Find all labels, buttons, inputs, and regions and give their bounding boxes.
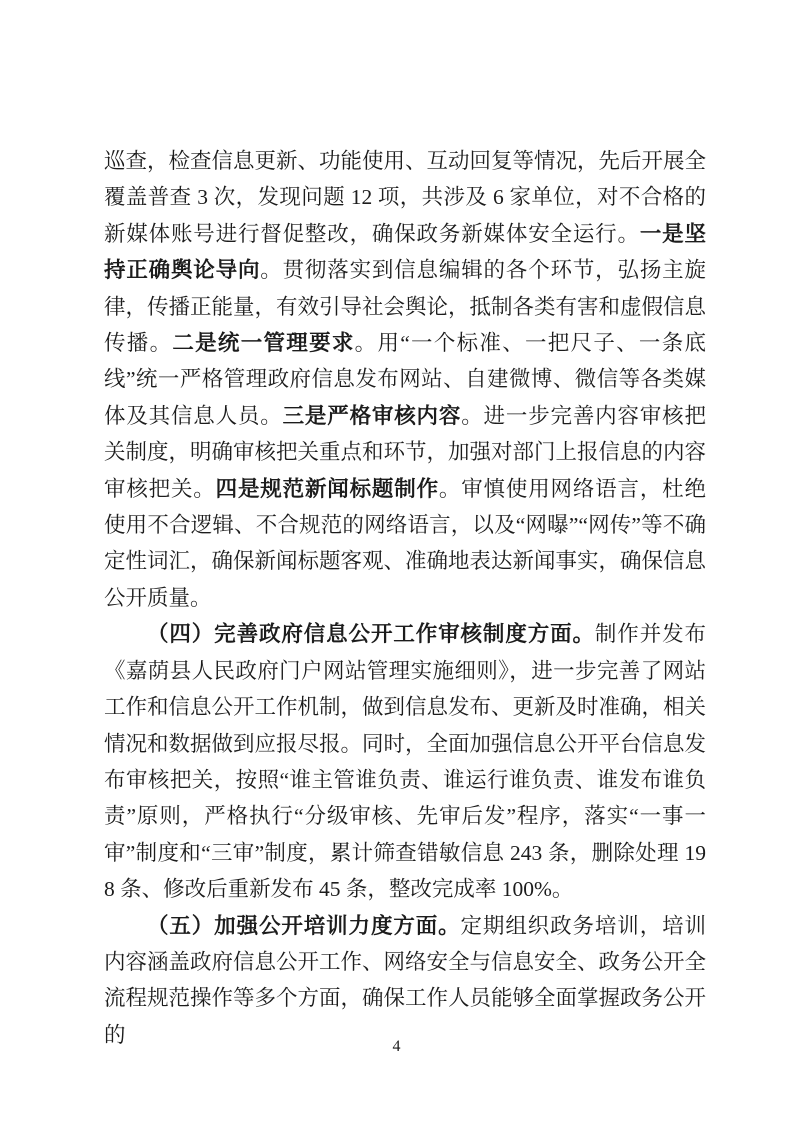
paragraph: （四）完善政府信息公开工作审核制度方面。制作并发布《嘉荫县人民政府门户网站管理实… [104,616,706,907]
bold-text-run: （五）加强公开培训力度方面。 [147,914,461,938]
paragraph: （五）加强公开培训力度方面。定期组织政务培训，培训内容涵盖政府信息公开工作、网络… [104,908,706,1054]
bold-text-run: 二是统一管理要求 [172,331,354,355]
page-number: 4 [393,1038,401,1055]
paragraph: 巡查，检查信息更新、功能使用、互动回复等情况，先后开展全覆盖普查 3 次，发现问… [104,143,706,616]
text-run: 巡查，检查信息更新、功能使用、互动回复等情况，先后开展全覆盖普查 3 次，发现问… [104,149,706,246]
text-run: 制作并发布《嘉荫县人民政府门户网站管理实施细则》，进一步完善了网站工作和信息公开… [104,622,706,901]
bold-text-run: 三是严格审核内容 [283,404,462,428]
bold-text-run: （四）完善政府信息公开工作审核制度方面。 [147,622,595,646]
document-body: 巡查，检查信息更新、功能使用、互动回复等情况，先后开展全覆盖普查 3 次，发现问… [104,143,706,1053]
page-footer: 4 [0,1038,793,1056]
bold-text-run: 四是规范新闻标题制作 [216,477,439,501]
document-page: 巡查，检查信息更新、功能使用、互动回复等情况，先后开展全覆盖普查 3 次，发现问… [0,0,793,1122]
